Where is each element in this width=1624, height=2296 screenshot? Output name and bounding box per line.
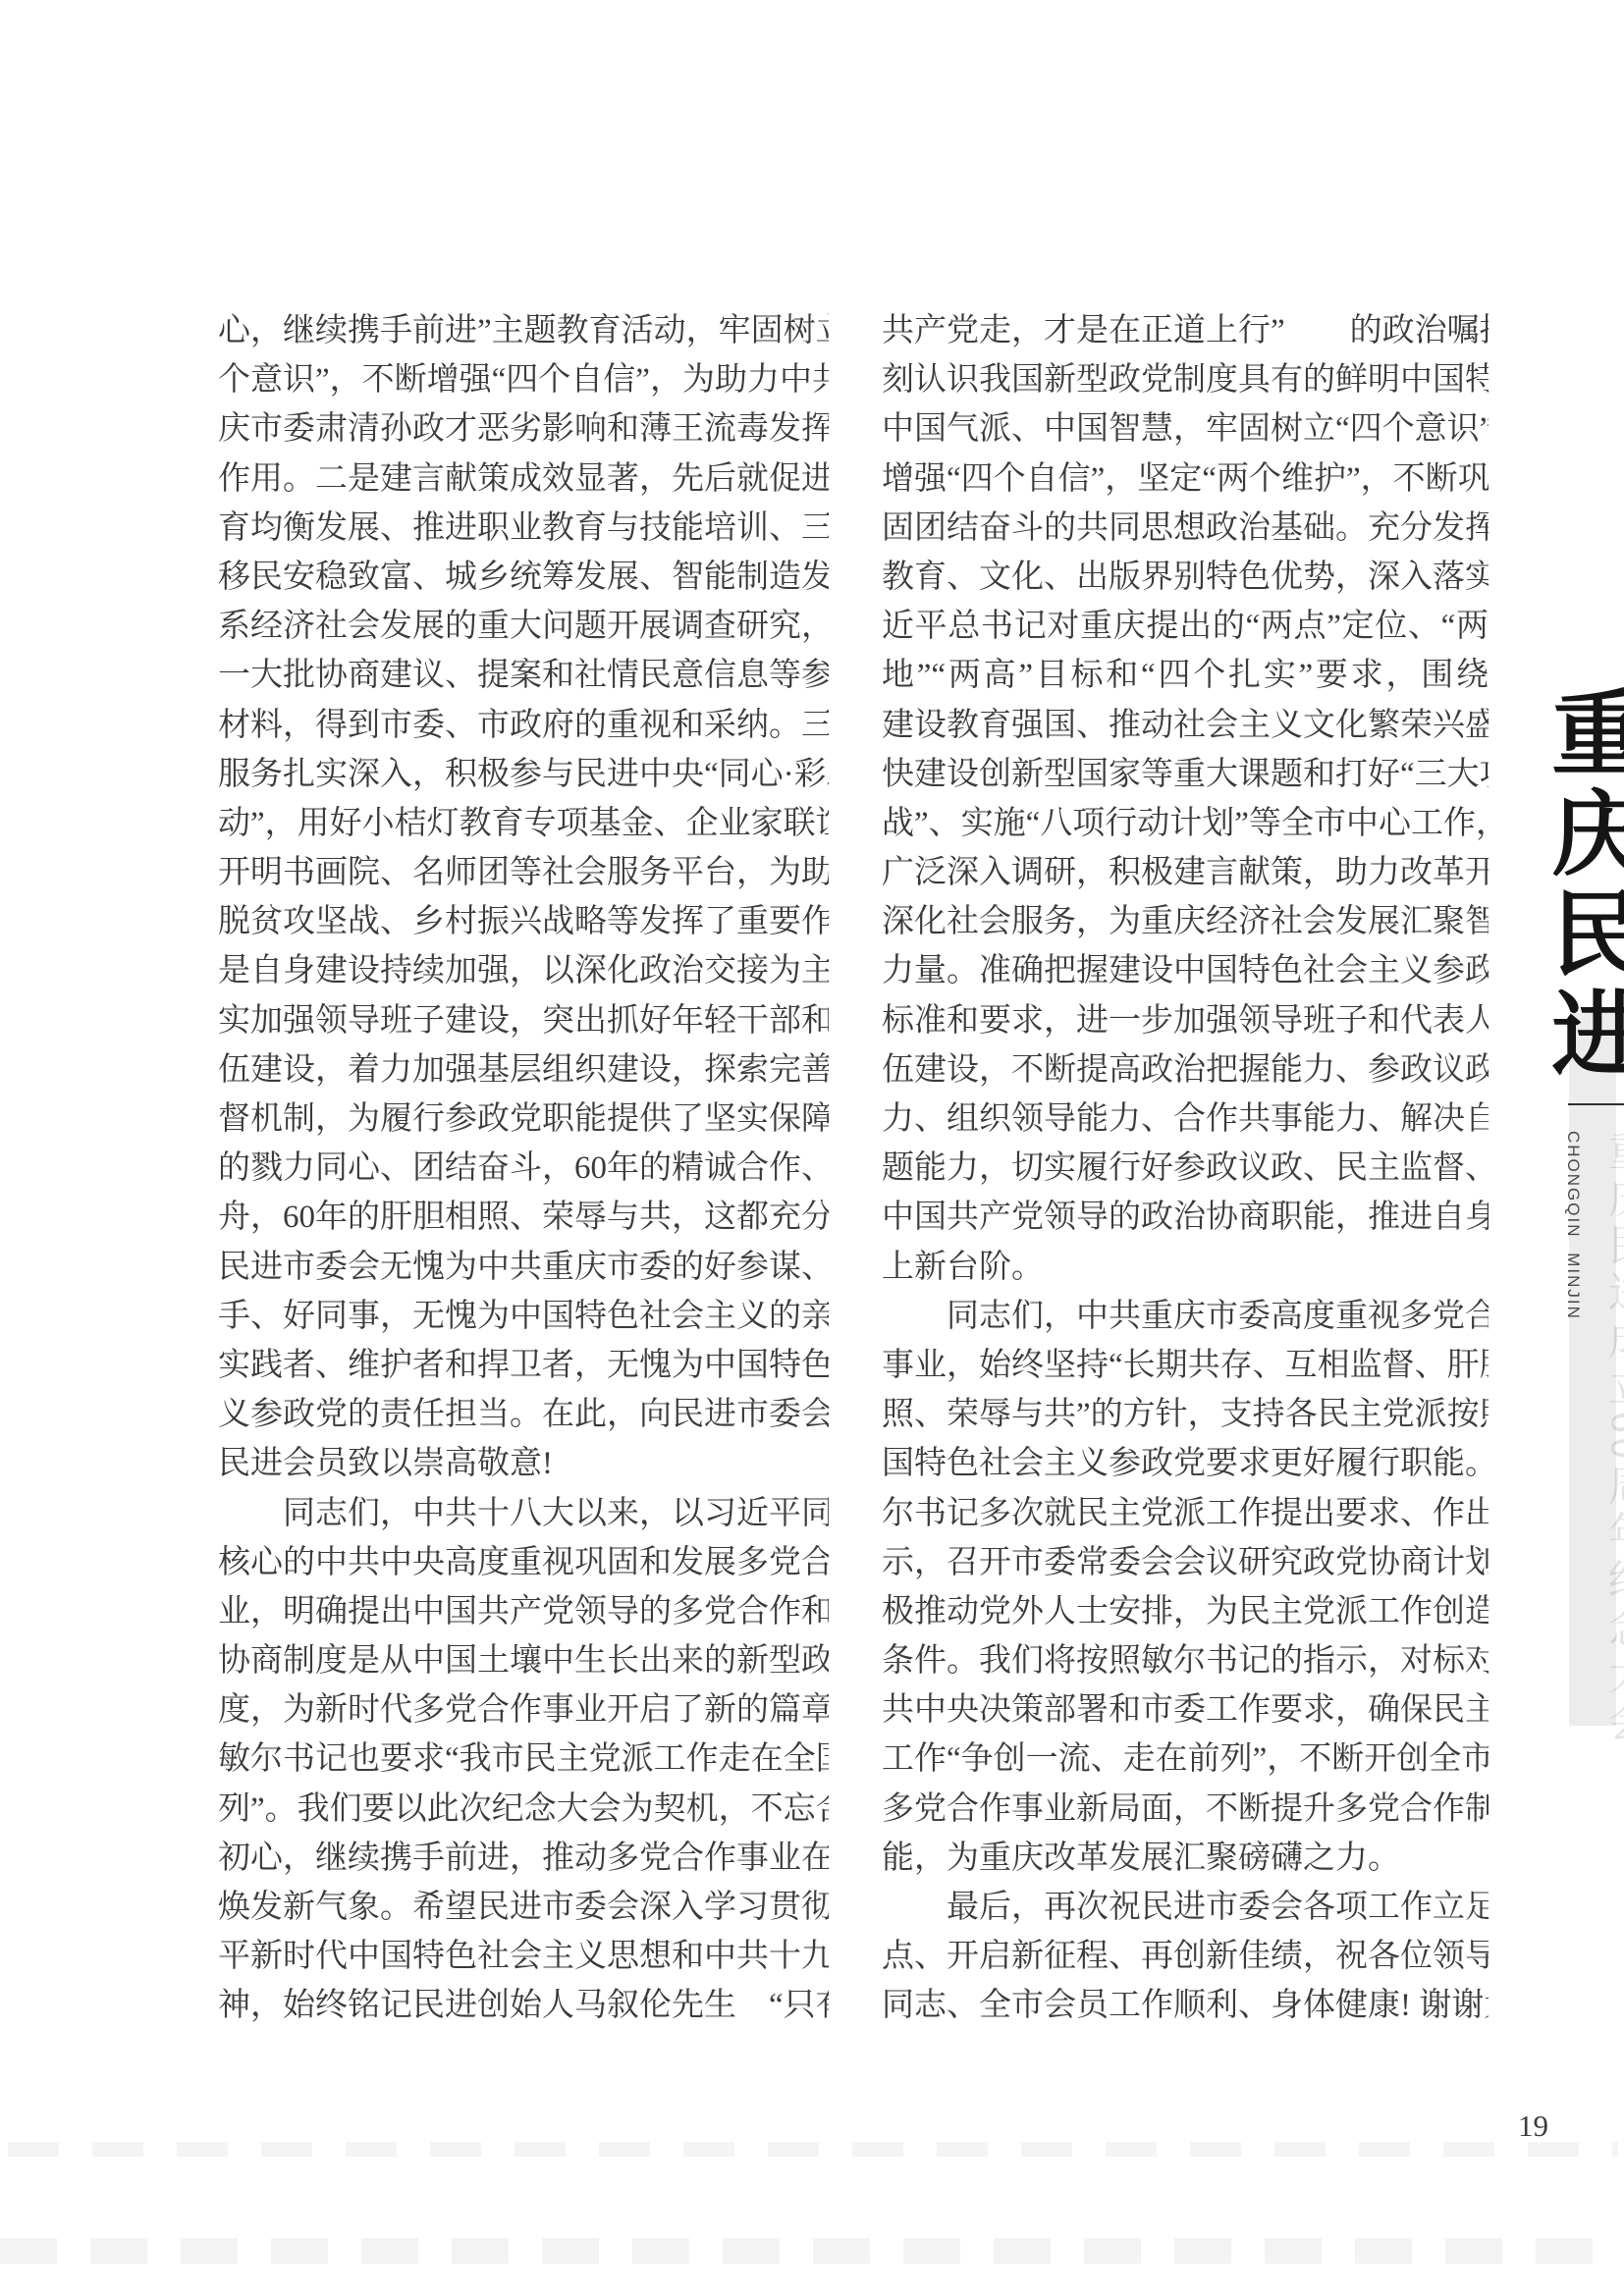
text-line: 列”。我们要以此次纪念大会为契机，不忘合作 — [218, 1785, 829, 1834]
sidebar-faint-vertical-title: 重庆民进成立60周年纪念大会 — [1604, 1129, 1624, 1746]
text-line: 是自身建设持续加强，以深化政治交接为主线，切 — [218, 946, 829, 995]
text-line: 多党合作事业新局面，不断提升多党合作制度效 — [882, 1785, 1489, 1834]
text-line: 国特色社会主义参政党要求更好履行职能。陈敏 — [882, 1439, 1489, 1488]
text-line: 实践者、维护者和捍卫者，无愧为中国特色社会主 — [218, 1341, 829, 1390]
text-line: 个意识”，不断增强“四个自信”，为助力中共重 — [218, 355, 829, 404]
text-line: 快建设创新型国家等重大课题和打好“三大攻坚 — [882, 750, 1489, 799]
text-line: 最后，再次祝民进市委会各项工作立足新起 — [882, 1883, 1489, 1932]
text-line: 初心，继续携手前进，推动多党合作事业在重庆 — [218, 1834, 829, 1883]
text-line: 中国共产党领导的政治协商职能，推进自身建设迈 — [882, 1193, 1489, 1242]
text-line: 中国气派、中国智慧，牢固树立“四个意识”， — [882, 404, 1489, 454]
text-line: 广泛深入调研，积极建言献策，助力改革开放， — [882, 848, 1489, 897]
document-page: 心，继续携手前进”主题教育活动，牢固树立“四个意识”，不断增强“四个自信”，为助… — [0, 0, 1624, 2296]
text-line: 育均衡发展、推进职业教育与技能培训、三峡库区 — [218, 504, 829, 553]
text-line: 动”，用好小桔灯教育专项基金、企业家联谊会、 — [218, 799, 829, 848]
text-line: 系经济社会发展的重大问题开展调查研究，转化出 — [218, 602, 829, 651]
page-number: 19 — [1518, 2109, 1548, 2144]
text-line: 庆市委肃清孙政才恶劣影响和薄王流毒发挥了积极 — [218, 404, 829, 454]
text-line: 伍建设，不断提高政治把握能力、参政议政能 — [882, 1045, 1489, 1095]
text-line: 手、好同事，无愧为中国特色社会主义的亲历者、 — [218, 1292, 829, 1341]
text-line: 同志们，中共十八大以来，以习近平同志为 — [218, 1489, 829, 1538]
text-line: 伍建设，着力加强基层组织建设，探索完善内部监 — [218, 1045, 829, 1095]
text-line: 的戮力同心、团结奋斗，60年的精诚合作、风雨同 — [218, 1144, 829, 1193]
text-line: 教育、文化、出版界别特色优势，深入落实习 — [882, 553, 1489, 602]
text-line: 作用。二是建言献策成效显著，先后就促进义务教 — [218, 454, 829, 504]
text-line: 刻认识我国新型政党制度具有的鲜明中国特色、 — [882, 355, 1489, 404]
text-line: 移民安稳致富、城乡统筹发展、智能制造发展等关 — [218, 553, 829, 602]
text-line: 极推动党外人士安排，为民主党派工作创造良好 — [882, 1587, 1489, 1636]
sidebar-divider-line — [1568, 1103, 1624, 1105]
text-line: 题能力，切实履行好参政议政、民主监督、参加 — [882, 1144, 1489, 1193]
text-line: 地”“两高”目标和“四个扎实”要求，围绕 — [882, 651, 1489, 700]
sidebar-calligraphy-title: 重庆民进 — [1539, 685, 1624, 1086]
text-line: 工作“争创一流、走在前列”，不断开创全市 — [882, 1735, 1489, 1784]
text-line: 平新时代中国特色社会主义思想和中共十九大精 — [218, 1932, 829, 1981]
text-line: 上新台阶。 — [882, 1243, 1489, 1292]
text-line: 服务扎实深入，积极参与民进中央“同心·彩虹行 — [218, 750, 829, 799]
text-line: 条件。我们将按照敏尔书记的指示，对标对表中 — [882, 1636, 1489, 1685]
text-line: 义参政党的责任担当。在此，向民进市委会和全市 — [218, 1390, 829, 1439]
text-line: 舟，60年的肝胆相照、荣辱与共，这都充分证明， — [218, 1193, 829, 1242]
text-line: 能，为重庆改革发展汇聚磅礴之力。 — [882, 1834, 1489, 1883]
text-line: 敏尔书记也要求“我市民主党派工作走在全国前 — [218, 1735, 829, 1784]
text-line: 民进会员致以崇高敬意! — [218, 1439, 829, 1488]
text-line: 督机制，为履行参政党职能提供了坚实保障。60年 — [218, 1095, 829, 1144]
text-line: 神，始终铭记民进创始人马叙伦先生 “只有跟着 — [218, 1981, 829, 2030]
text-line: 共中央决策部署和市委工作要求，确保民主党派 — [882, 1685, 1489, 1735]
text-line: 标准和要求，进一步加强领导班子和代表人士队 — [882, 996, 1489, 1045]
text-line: 力量。准确把握建设中国特色社会主义参政党的 — [882, 946, 1489, 995]
text-line: 焕发新气象。希望民进市委会深入学习贯彻习近 — [218, 1883, 829, 1932]
right-text-column: 共产党走，才是在正道上行” 的政治嘱托，深刻认识我国新型政党制度具有的鲜明中国特… — [882, 306, 1489, 2031]
text-line: 心，继续携手前进”主题教育活动，牢固树立“四 — [218, 306, 829, 355]
text-line: 共产党走，才是在正道上行” 的政治嘱托，深 — [882, 306, 1489, 355]
text-line: 同志们，中共重庆市委高度重视多党合作 — [882, 1292, 1489, 1341]
text-line: 业，明确提出中国共产党领导的多党合作和政治 — [218, 1587, 829, 1636]
text-line: 同志、全市会员工作顺利、身体健康! 谢谢大家! — [882, 1981, 1489, 2030]
text-line: 建设教育强国、推动社会主义文化繁荣兴盛、加 — [882, 701, 1489, 750]
text-line: 实加强领导班子建设，突出抓好年轻干部和人才队 — [218, 996, 829, 1045]
text-line: 深化社会服务，为重庆经济社会发展汇聚智慧和 — [882, 897, 1489, 946]
text-line: 点、开启新征程、再创新佳绩，祝各位领导、各位 — [882, 1932, 1489, 1981]
bleedthrough-row-bottom — [0, 2238, 1624, 2264]
text-line: 事业，始终坚持“长期共存、互相监督、肝胆相 — [882, 1341, 1489, 1390]
text-line: 脱贫攻坚战、乡村振兴战略等发挥了重要作用。四 — [218, 897, 829, 946]
text-line: 尔书记多次就民主党派工作提出要求、作出批 — [882, 1489, 1489, 1538]
text-line: 力、组织领导能力、合作共事能力、解决自身问 — [882, 1095, 1489, 1144]
left-text-column: 心，继续携手前进”主题教育活动，牢固树立“四个意识”，不断增强“四个自信”，为助… — [218, 306, 829, 2031]
sidebar-romanized-title: CHONGQIN MINJIN — [1563, 1131, 1583, 1320]
text-line: 协商制度是从中国土壤中生长出来的新型政党制 — [218, 1636, 829, 1685]
text-line: 民进市委会无愧为中共重庆市委的好参谋、好帮 — [218, 1243, 829, 1292]
text-line: 近平总书记对重庆提出的“两点”定位、“两 — [882, 602, 1489, 651]
text-line: 照、荣辱与共”的方针，支持各民主党派按照中 — [882, 1390, 1489, 1439]
text-line: 度，为新时代多党合作事业开启了新的篇章。陈 — [218, 1685, 829, 1735]
text-line: 材料，得到市委、市政府的重视和采纳。三是社会 — [218, 701, 829, 750]
text-line: 增强“四个自信”，坚定“两个维护”，不断巩 — [882, 454, 1489, 504]
text-line: 示，召开市委常委会会议研究政党协商计划，积 — [882, 1538, 1489, 1587]
text-line: 一大批协商建议、提案和社情民意信息等参政议政 — [218, 651, 829, 700]
text-line: 开明书画院、名师团等社会服务平台，为助力打赢 — [218, 848, 829, 897]
bleedthrough-row-top — [8, 2142, 1618, 2157]
text-line: 核心的中共中央高度重视巩固和发展多党合作事 — [218, 1538, 829, 1587]
text-line: 战”、实施“八项行动计划”等全市中心工作， — [882, 799, 1489, 848]
text-line: 固团结奋斗的共同思想政治基础。充分发挥联系 — [882, 504, 1489, 553]
